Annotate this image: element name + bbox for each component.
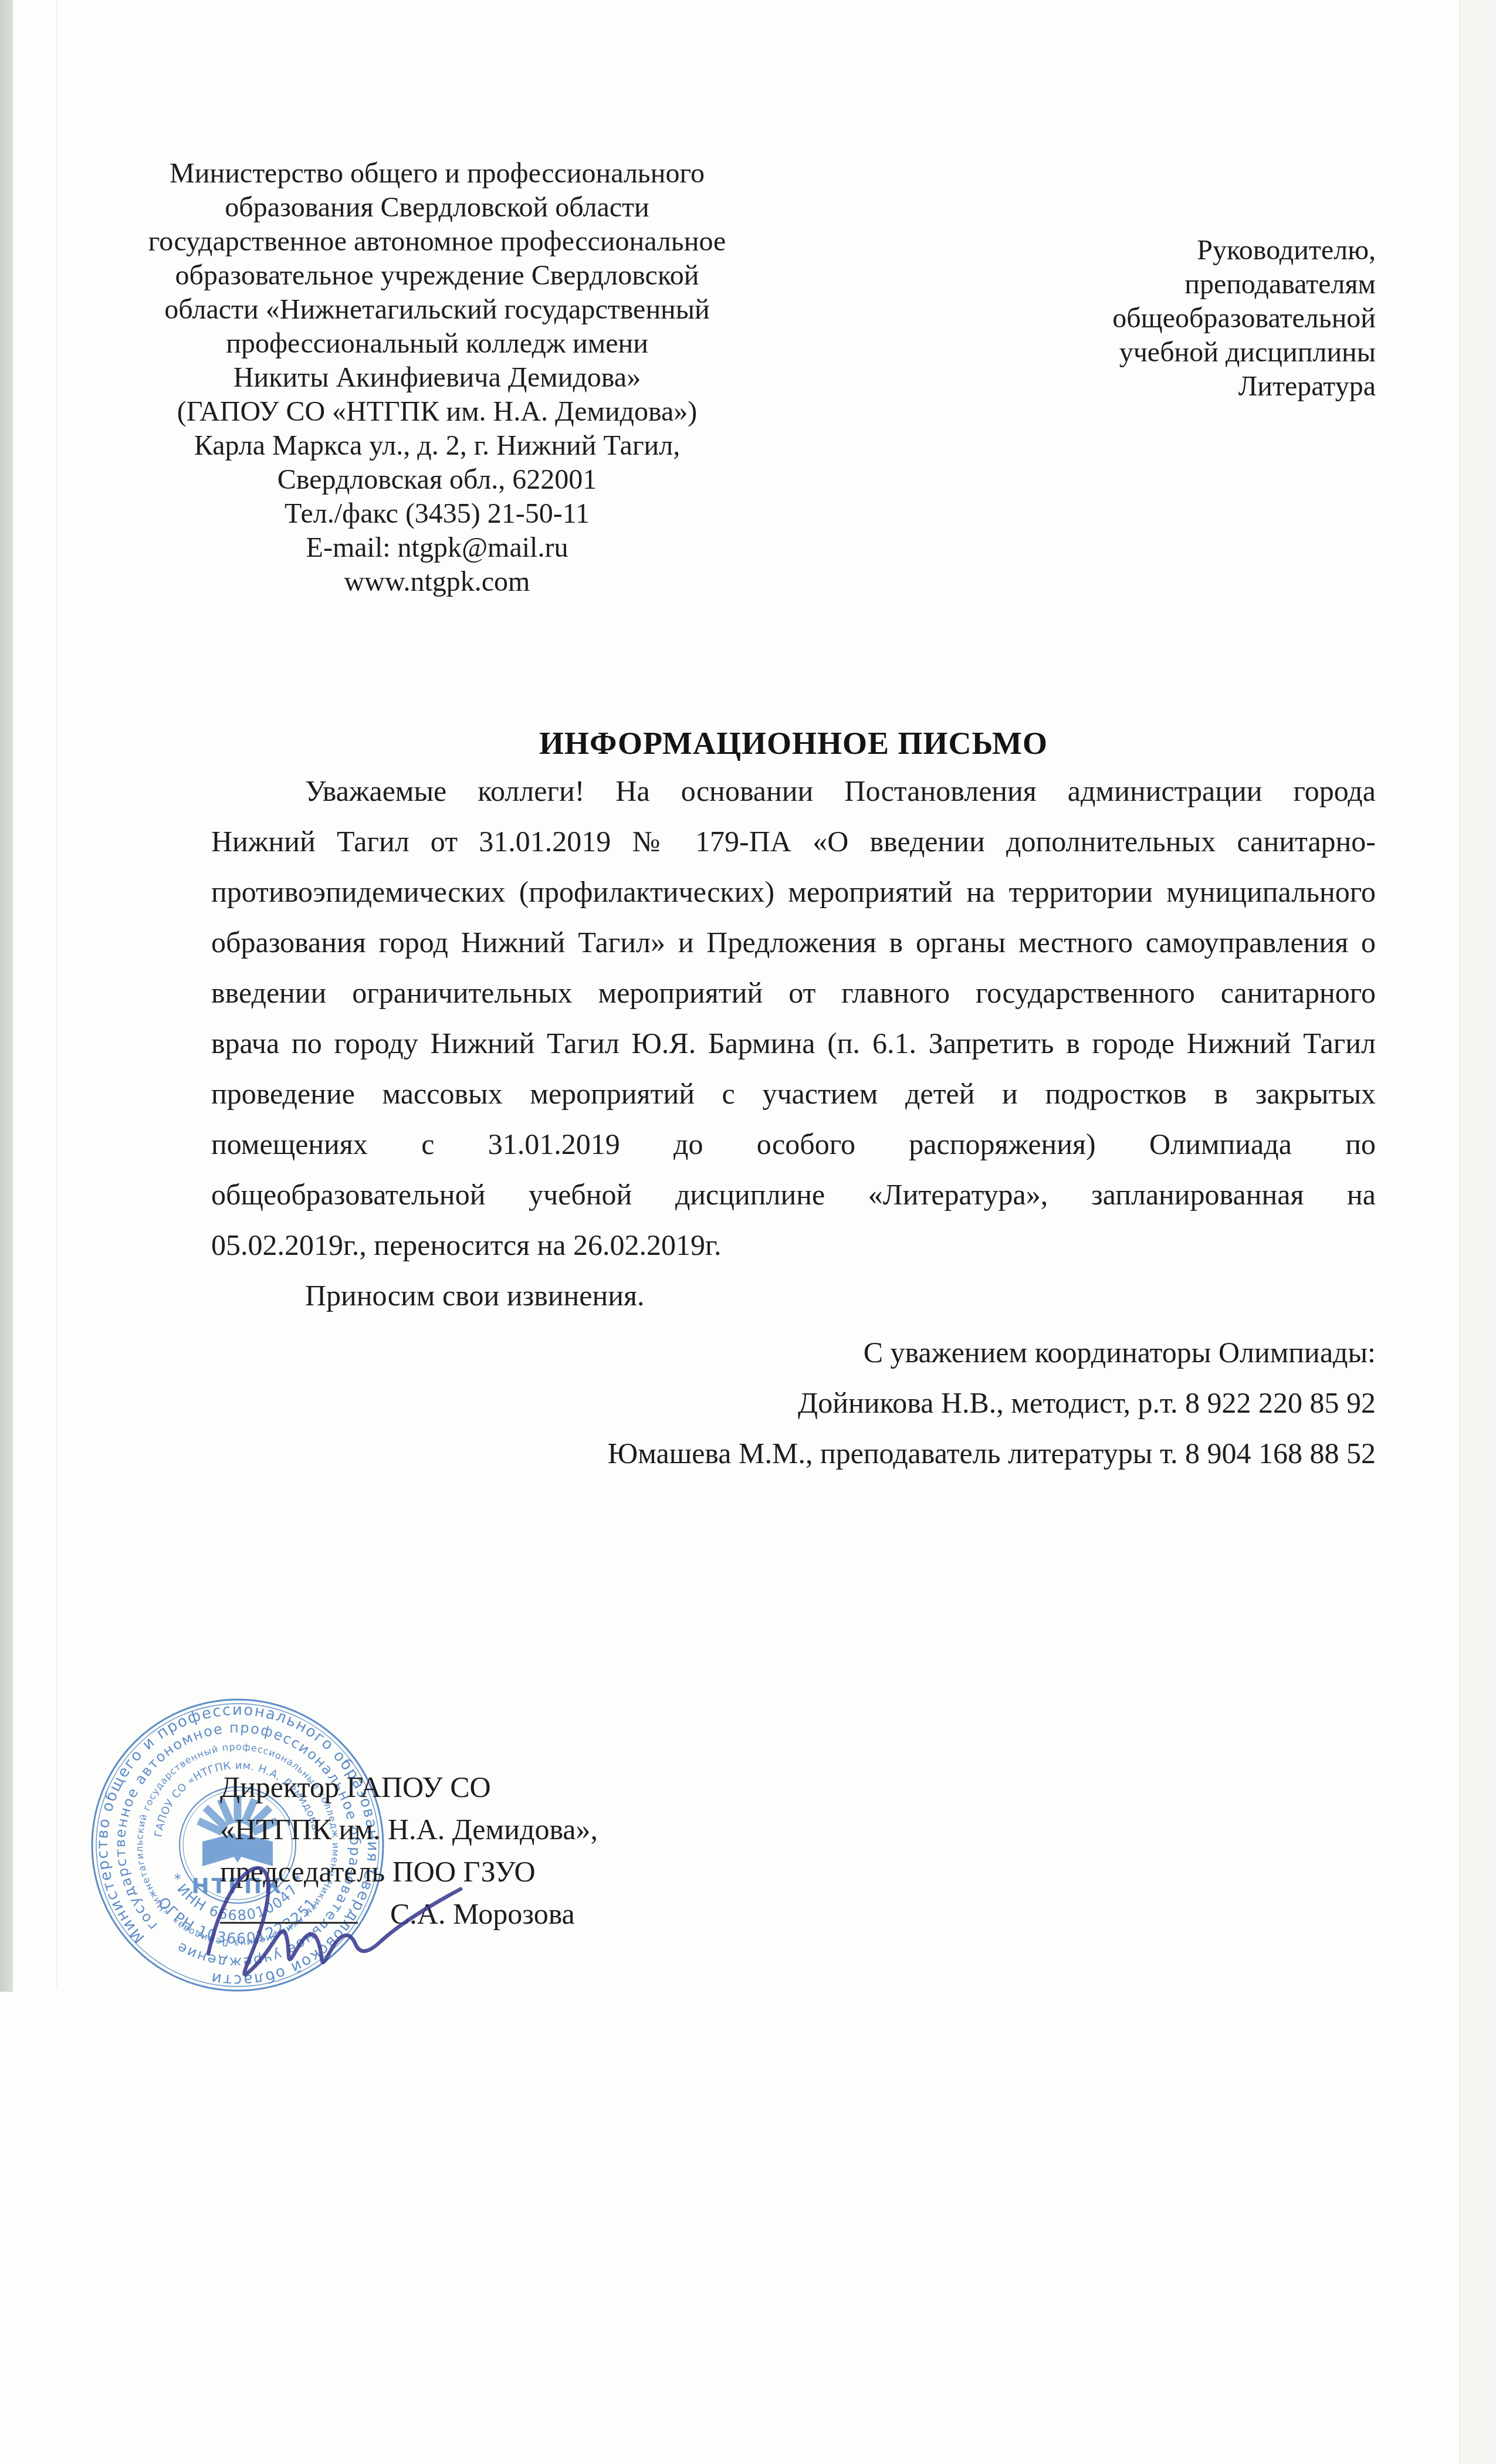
signoff-line: Дойникова Н.В., методист, р.т. 8 922 220… (378, 1377, 1376, 1428)
letterhead-org-line: www.ntgpk.com (111, 565, 763, 599)
scanner-edge-right (1460, 0, 1496, 2464)
recipient-line: общеобразовательной (965, 302, 1376, 336)
body-line: Нижний Тагил от 31.01.2019 № 179-ПА «О в… (211, 816, 1376, 867)
recipient-line: Руководителю, (965, 233, 1376, 268)
letterhead-org-line: профессиональный колледж имени (111, 327, 763, 361)
letterhead-org-line: Тел./факс (3435) 21-50-11 (111, 497, 763, 531)
body-line: введении ограничительных мероприятий от … (211, 967, 1376, 1018)
body-line: противоэпидемических (профилактических) … (211, 867, 1376, 917)
body-line: 05.02.2019г., переносится на 26.02.2019г… (211, 1220, 1376, 1270)
letterhead-org-line: (ГАПОУ СО «НТГПК им. Н.А. Демидова») (111, 395, 763, 429)
letter-title: ИНФОРМАЦИОННОЕ ПИСЬМО (211, 725, 1376, 761)
letterhead-org-line: Карла Маркса ул., д. 2, г. Нижний Тагил, (111, 429, 763, 463)
body-line: проведение массовых мероприятий с участи… (211, 1068, 1376, 1119)
signoff-line: Юмашева М.М., преподаватель литературы т… (378, 1428, 1376, 1478)
letterhead-org-line: государственное автономное профессиональ… (111, 225, 763, 259)
body-line: Уважаемые коллеги! На основании Постанов… (211, 766, 1376, 816)
letterhead-org-line: области «Нижнетагильский государственный (111, 293, 763, 327)
recipient-line: Литература (965, 370, 1376, 404)
letterhead-org-line: E-mail: ntgpk@mail.ru (111, 531, 763, 565)
recipient-line: учебной дисциплины (965, 336, 1376, 370)
scan-streak-artifact (56, 0, 57, 1989)
director-title-line: Директор ГАПОУ СО (220, 1766, 598, 1808)
letterhead-org-block: Министерство общего и профессиональногоо… (111, 157, 763, 599)
director-autograph-signature (194, 1830, 475, 2006)
recipient-block: Руководителю,преподавателямобщеобразоват… (965, 233, 1376, 404)
body-line: образования город Нижний Тагил» и Предло… (211, 917, 1376, 967)
signoff-line: С уважением координаторы Олимпиады: (378, 1327, 1376, 1377)
body-line: помещениях с 31.01.2019 до особого распо… (211, 1119, 1376, 1169)
scanned-letter-page: Министерство общего и профессиональногоо… (0, 0, 1496, 2464)
body-line: Приносим свои извинения. (211, 1270, 1376, 1321)
body-line: общеобразовательной учебной дисциплине «… (211, 1169, 1376, 1220)
body-line: врача по городу Нижний Тагил Ю.Я. Бармин… (211, 1018, 1376, 1068)
scanner-edge-left (0, 0, 13, 1992)
letterhead-org-line: Свердловская обл., 622001 (111, 463, 763, 497)
letter-body: Уважаемые коллеги! На основании Постанов… (211, 766, 1376, 1321)
signoff-block: С уважением координаторы Олимпиады:Дойни… (378, 1327, 1376, 1478)
letterhead-org-line: Никиты Акинфиевича Демидова» (111, 361, 763, 395)
letterhead-org-line: Министерство общего и профессионального (111, 157, 763, 191)
letterhead-org-line: образовательное учреждение Свердловской (111, 259, 763, 293)
recipient-line: преподавателям (965, 268, 1376, 302)
letterhead-org-line: образования Свердловской области (111, 191, 763, 225)
